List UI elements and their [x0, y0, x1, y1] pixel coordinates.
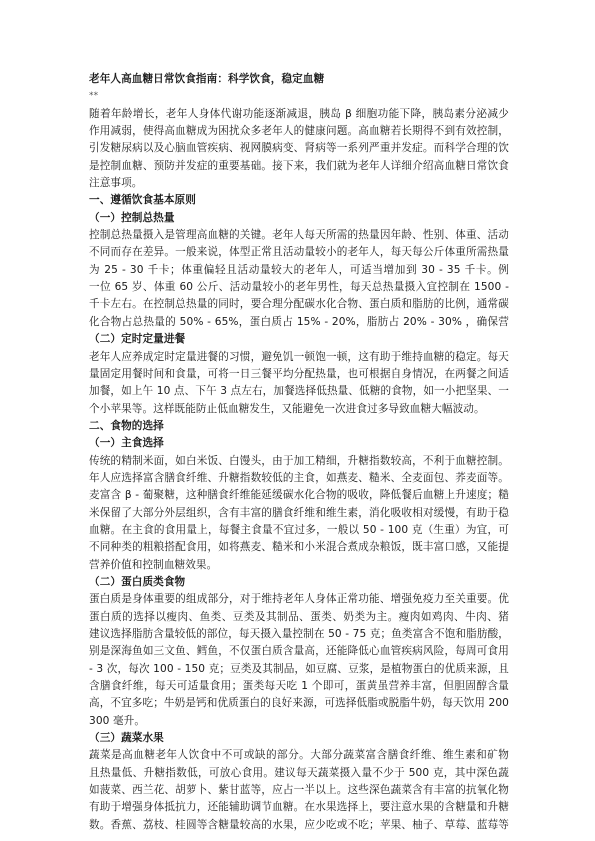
paragraph-line: 有助于增强身体抵抗力，还能辅助调节血糖。在水果选择上，要注意水果的含糖量和升糖指 [89, 799, 509, 816]
section-heading: 一、遵循饮食基本原则 [89, 192, 509, 209]
paragraph-line: 一位 65 岁、体重 60 公斤、活动量较小的老年男性，每天总热量摄入宜控制在 … [89, 279, 509, 296]
paragraph-line: 不同而存在差异。一般来说，体型正常且活动量较小的老年人，每天每公斤体重所需热量约 [89, 244, 509, 261]
paragraph-line: 量固定用餐时间和食量，可将一日三餐平均分配热量，也可根据自身情况，在两餐之间适当 [89, 366, 509, 383]
paragraph-line: 营养价值和控制血糖效果。 [89, 557, 509, 574]
paragraph-line: 控制总热量摄入是管理高血糖的关键。老年人每天所需的热量因年龄、性别、体重、活动量 [89, 227, 509, 244]
paragraph-line: 传统的精制米面，如白米饭、白馒头，由于加工精细，升糖指数较高，不利于血糖控制。老 [89, 453, 509, 470]
subsection-heading: （二）定时定量进餐 [89, 331, 509, 348]
paragraph-line: 300 毫升。 [89, 713, 509, 730]
paragraph-line: 高，不宜多吃；牛奶是钙和优质蛋白的良好来源，可选择低脂或脱脂牛奶，每天饮用 20… [89, 695, 509, 712]
paragraph-line: 化合物占总热量的 50% - 65%，蛋白质占 15% - 20%，脂肪占 20… [89, 314, 509, 331]
document-page: 老年人高血糖日常饮食指南：科学饮食，稳定血糖 ** 随着年龄增长，老年人身体代谢… [89, 71, 509, 834]
paragraph-line: 为 25 - 30 千卡；体重偏轻且活动量较大的老年人，可适当增加到 30 - … [89, 262, 509, 279]
intro-line: 是控制血糖、预防并发症的重要基础。接下来，我们就为老年人详细介绍高血糖日常饮食的 [89, 158, 509, 175]
paragraph-line: 含膳食纤维，每天可适量食用；蛋类每天吃 1 个即可，蛋黄虽营养丰富，但胆固醇含量… [89, 678, 509, 695]
subsection-heading: （一）控制总热量 [89, 210, 509, 227]
paragraph-line: 米保留了大部分外层组织，含有丰富的膳食纤维和维生素，消化吸收相对缓慢，有助于稳定 [89, 505, 509, 522]
intro-line: 注意事项。 [89, 175, 509, 192]
intro-line: 随着年龄增长，老年人身体代谢功能逐渐减退，胰岛 β 细胞功能下降，胰岛素分泌减少… [89, 106, 509, 123]
intro-line: 引发糖尿病以及心脑血管疾病、视网膜病变、肾病等一系列严重并发症。而科学合理的饮食… [89, 140, 509, 157]
document-title: 老年人高血糖日常饮食指南：科学饮食，稳定血糖 [89, 71, 509, 88]
paragraph-line: 且热量低、升糖指数低，可放心食用。建议每天蔬菜摄入量不少于 500 克，其中深色… [89, 765, 509, 782]
intro-line: 作用减弱，使得高血糖成为困扰众多老年人的健康问题。高血糖若长期得不到有效控制，会 [89, 123, 509, 140]
paragraph-line: 建议选择脂肪含量较低的部位，每天摄入量控制在 50 - 75 克；鱼类富含不饱和… [89, 626, 509, 643]
paragraph-line: 老年人应养成定时定量进餐的习惯，避免饥一顿饱一顿，这有助于维持血糖的稳定。每天尽 [89, 349, 509, 366]
subsection-heading: （一）主食选择 [89, 435, 509, 452]
paragraph-line: 个小苹果等。这样既能防止低血糖发生，又能避免一次进食过多导致血糖大幅波动。 [89, 401, 509, 418]
paragraph-line: 数。香蕉、荔枝、桂圆等含糖量较高的水果，应少吃或不吃；苹果、柚子、草莓、蓝莓等含 [89, 817, 509, 834]
paragraph-line: 不同种类的粗粮搭配食用，如将燕麦、糙米和小米混合煮成杂粮饭，既丰富口感，又能提高 [89, 539, 509, 556]
paragraph-line: 加餐，如上午 10 点、下午 3 点左右，加餐选择低热量、低糖的食物，如一小把坚… [89, 383, 509, 400]
paragraph-line: 蛋白质的选择以瘦肉、鱼类、豆类及其制品、蛋类、奶类为主。瘦肉如鸡肉、牛肉、猪肉， [89, 609, 509, 626]
paragraph-line: 蛋白质是身体重要的组成部分，对于维持老年人身体正常功能、增强免疫力至关重要。优质 [89, 591, 509, 608]
paragraph-line: 蔬菜是高血糖老年人饮食中不可或缺的部分。大部分蔬菜富含膳食纤维、维生素和矿物质， [89, 747, 509, 764]
paragraph-line: 血糖。在主食的食用量上，每餐主食量不宜过多，一般以 50 - 100 克（生重）… [89, 522, 509, 539]
paragraph-line: 如菠菜、西兰花、胡萝卜、紫甘蓝等，应占一半以上。这些深色蔬菜含有丰富的抗氧化物质… [89, 782, 509, 799]
paragraph-line: 千卡左右。在控制总热量的同时，要合理分配碳水化合物、蛋白质和脂肪的比例，通常碳水 [89, 296, 509, 313]
paragraph-line: 年人应选择富含膳食纤维、升糖指数较低的主食，如燕麦、糙米、全麦面包、荞麦面等。燕 [89, 470, 509, 487]
section-heading: 二、食物的选择 [89, 418, 509, 435]
paragraph-line: 麦富含 β - 葡聚糖，这种膳食纤维能延缓碳水化合物的吸收，降低餐后血糖上升速度… [89, 487, 509, 504]
paragraph-line: 别是深海鱼如三文鱼、鳕鱼，不仅蛋白质含量高，还能降低心血管疾病风险，每周可食用 … [89, 643, 509, 660]
paragraph-line: - 3 次，每次 100 - 150 克；豆类及其制品，如豆腐、豆浆，是植物蛋白… [89, 661, 509, 678]
markdown-marker: ** [89, 88, 509, 105]
subsection-heading: （三）蔬菜水果 [89, 730, 509, 747]
subsection-heading: （二）蛋白质类食物 [89, 574, 509, 591]
